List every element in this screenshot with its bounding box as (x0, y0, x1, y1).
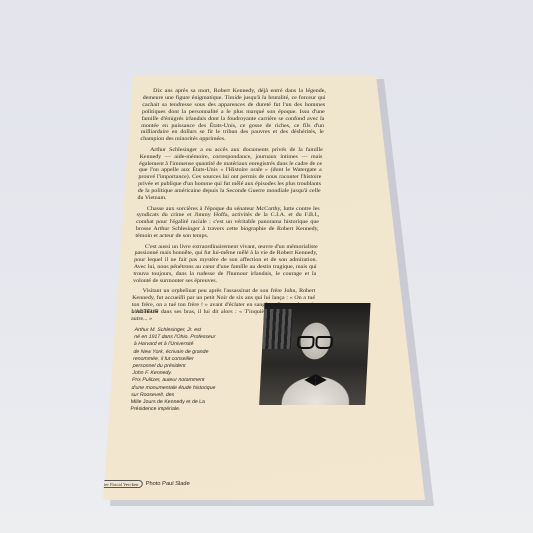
bio-line: renommée, il fut conseiller (133, 356, 256, 363)
blurb-paragraph: C'est aussi un livre extraordinairement … (133, 244, 318, 285)
blurb-paragraph: Chasse aux sorcières à l'époque du sénat… (135, 206, 320, 241)
bio-line: né en 1917 dans l'Ohio. Professeur (134, 334, 257, 341)
book-back-cover: Dix ans après sa mort, Robert Kennedy, d… (0, 0, 533, 533)
author-bio: Arthur M. Schlesinger, Jr. est né en 191… (130, 327, 257, 413)
glasses-icon (297, 336, 315, 349)
bio-line: de New York, écrivain de grande (133, 349, 256, 356)
bowtie-icon (315, 374, 327, 386)
bio-line: sur Roosevelt, des (131, 392, 254, 399)
author-heading: L'AUTEUR (131, 309, 159, 315)
design-credit-badge: Atelier Pascal Vercken (92, 480, 143, 488)
blurb-paragraph: Dix ans après sa mort, Robert Kennedy, d… (140, 88, 326, 143)
bowtie-icon (304, 374, 316, 386)
blurb-text: Dix ans après sa mort, Robert Kennedy, d… (131, 88, 326, 327)
bio-line: Mille Jours de Kennedy et de La (131, 399, 254, 406)
cover-content: Dix ans après sa mort, Robert Kennedy, d… (104, 84, 396, 494)
bio-line: John F. Kennedy. (132, 370, 255, 377)
author-photo (259, 303, 370, 405)
bookshelf-background (262, 309, 293, 349)
blurb-paragraph: Arthur Schlesinger a eu accès aux docume… (137, 147, 323, 202)
photo-credit: Photo Paul Slade (145, 481, 189, 487)
bio-line: à Harvard et à l'Université (134, 341, 257, 348)
bio-line: Prix Pulitzer, auteur notamment (132, 377, 255, 384)
bio-line: d'une monumentale étude historique (131, 385, 254, 392)
credits: Atelier Pascal Vercken Photo Paul Slade (92, 480, 190, 488)
bio-line: Arthur M. Schlesinger, Jr. est (134, 327, 257, 334)
glasses-icon (315, 336, 333, 349)
bio-line: personnel du président (132, 363, 255, 370)
bio-line: Présidence impériale. (130, 406, 253, 413)
